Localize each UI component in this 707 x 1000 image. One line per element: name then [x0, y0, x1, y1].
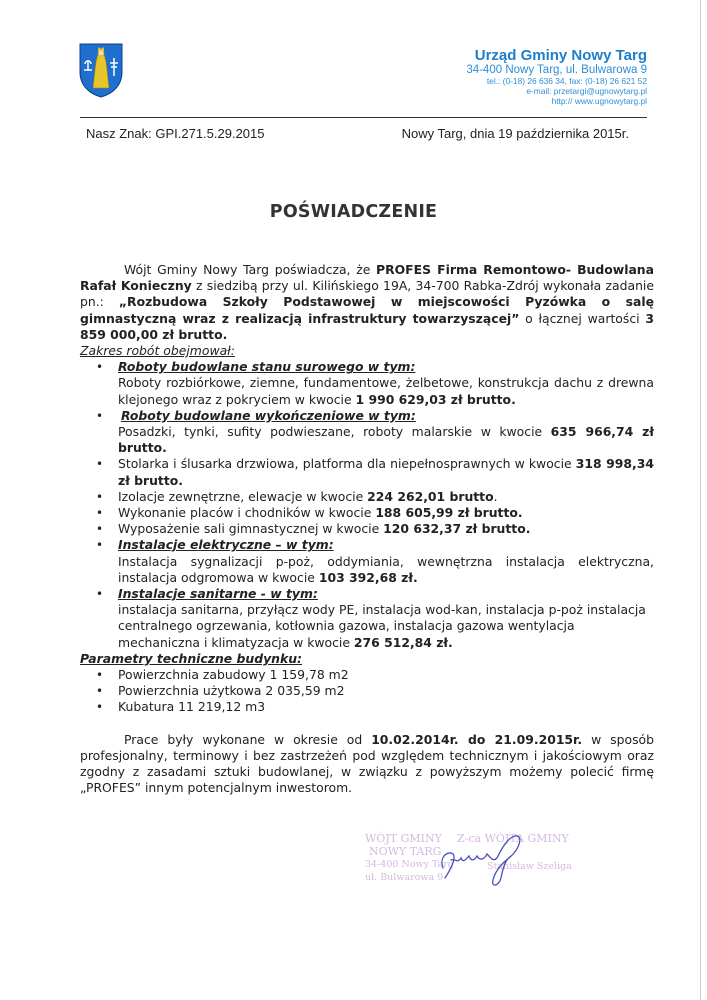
- scope-item-amount: 1 990 629,03 zł brutto.: [356, 392, 516, 407]
- intro-text-1: Wójt Gminy Nowy Targ poświadcza, że: [124, 262, 376, 277]
- scope-item-heading: Instalacje sanitarne - w tym:: [118, 586, 318, 601]
- scope-item-text: Posadzki, tynki, sufity podwieszane, rob…: [118, 424, 551, 439]
- intro-text-3: o łącznej wartości: [519, 311, 645, 326]
- stamp-and-signature: WÓJT GMINY NOWY TARG 34-400 Nowy Targ ul…: [365, 832, 605, 888]
- params-list: Powierzchnia zabudowy 1 159,78 m2 Powier…: [80, 667, 654, 716]
- param-item: Kubatura 11 219,12 m3: [80, 699, 654, 715]
- document-page: Urząd Gminy Nowy Targ 34-400 Nowy Targ, …: [0, 0, 707, 1000]
- header-divider: [80, 117, 647, 118]
- scope-item-amount: 103 392,68 zł.: [319, 570, 418, 585]
- scope-item: Izolacje zewnętrzne, elewacje w kwocie 2…: [80, 489, 654, 505]
- issuer-header: Urząd Gminy Nowy Targ 34-400 Nowy Targ, …: [466, 47, 647, 106]
- scope-item-amount: 276 512,84 zł.: [354, 635, 453, 650]
- document-title: POŚWIADCZENIE: [0, 202, 707, 222]
- scope-item: Instalacje sanitarne - w tym:instalacja …: [80, 586, 654, 651]
- scope-item: Wyposażenie sali gimnastycznej w kwocie …: [80, 521, 654, 537]
- intro-paragraph: Wójt Gminy Nowy Targ poświadcza, że PROF…: [80, 262, 654, 343]
- params-heading-text: Parametry techniczne budynku:: [80, 651, 302, 666]
- closing-paragraph: Prace były wykonane w okresie od 10.02.2…: [80, 732, 654, 797]
- scope-item-suffix: .: [494, 489, 498, 504]
- scope-item-text: Wyposażenie sali gimnastycznej w kwocie: [118, 521, 383, 536]
- scope-item: Roboty budowlane stanu surowego w tym:Ro…: [80, 359, 654, 408]
- scope-item-text: Wykonanie placów i chodników w kwocie: [118, 505, 375, 520]
- closing-text-1: Prace były wykonane w okresie od: [124, 732, 371, 747]
- document-body: Wójt Gminy Nowy Targ poświadcza, że PROF…: [80, 262, 654, 797]
- scope-item: Roboty budowlane wykończeniowe w tym:Pos…: [80, 408, 654, 457]
- scope-item-amount: 188 605,99 zł brutto.: [375, 505, 522, 520]
- scope-heading: Zakres robót obejmował:: [80, 343, 654, 359]
- scope-list: Roboty budowlane stanu surowego w tym:Ro…: [80, 359, 654, 651]
- params-heading: Parametry techniczne budynku:: [80, 651, 654, 667]
- page-edge: [700, 0, 701, 1000]
- scope-item-heading: Instalacje elektryczne – w tym:: [118, 537, 334, 552]
- scope-item-heading: Roboty budowlane wykończeniowe w tym:: [121, 408, 416, 423]
- scope-item-amount: 120 632,37 zł brutto.: [383, 521, 530, 536]
- reference-number: Nasz Znak: GPI.271.5.29.2015: [86, 126, 265, 141]
- handwritten-signature-icon: [425, 828, 545, 892]
- scope-heading-text: Zakres robót obejmował:: [80, 343, 235, 358]
- scope-item: Wykonanie placów i chodników w kwocie 18…: [80, 505, 654, 521]
- scope-item-heading: Roboty budowlane stanu surowego w tym:: [118, 359, 415, 374]
- scope-item-amount: 224 262,01 brutto: [367, 489, 493, 504]
- scope-item-text: Izolacje zewnętrzne, elewacje w kwocie: [118, 489, 367, 504]
- document-date: Nowy Targ, dnia 19 października 2015r.: [402, 126, 629, 141]
- param-item: Powierzchnia użytkowa 2 035,59 m2: [80, 683, 654, 699]
- work-period: 10.02.2014r. do 21.09.2015r.: [371, 732, 582, 747]
- coat-of-arms-icon: [78, 42, 124, 98]
- param-item: Powierzchnia zabudowy 1 159,78 m2: [80, 667, 654, 683]
- scope-item: Stolarka i ślusarka drzwiowa, platforma …: [80, 456, 654, 488]
- scope-item: Instalacje elektryczne – w tym:Instalacj…: [80, 537, 654, 586]
- scope-item-text: Stolarka i ślusarka drzwiowa, platforma …: [118, 456, 576, 471]
- org-website[interactable]: http:// www.ugnowytarg.pl: [466, 97, 647, 107]
- org-name: Urząd Gminy Nowy Targ: [466, 47, 647, 64]
